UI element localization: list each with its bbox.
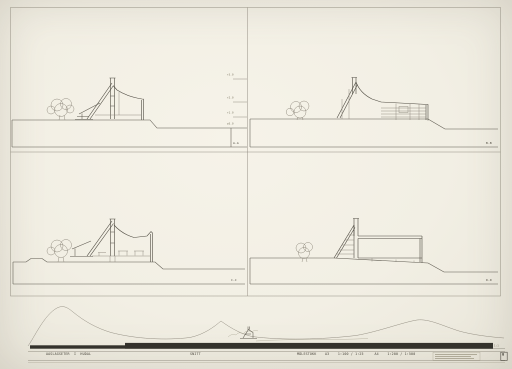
section-c-label: C-C (231, 279, 237, 282)
ground-bar-right (125, 343, 493, 349)
section-a-label: A-A (233, 142, 239, 145)
house-section (334, 219, 422, 263)
titleblock-fineprint-line (435, 356, 471, 357)
ground-line (250, 258, 498, 284)
drawing-title: SNITT (190, 353, 201, 356)
house-section (70, 219, 153, 262)
project-title: AASLAGSETER I HUDAL (46, 353, 91, 356)
drawing-sheet: +3.0 +2.0 +1.0 ±0.0 A-A B-B C-C D-D 1:1 … (0, 0, 512, 369)
level-tick-marks (233, 79, 247, 117)
drawing-lineart (0, 0, 512, 369)
section-d-drawing (250, 219, 498, 285)
tree-icon (286, 101, 309, 120)
panel-grid-frame (11, 8, 501, 297)
chimney (110, 78, 116, 119)
interior-furniture (98, 251, 144, 256)
section-a-drawing (12, 78, 247, 147)
scale-text: MÅLESTOKK A3 1:100 / 1:25 A4 1:200 / 1:5… (297, 353, 415, 356)
section-b-drawing (250, 78, 498, 148)
site-elevation-drawing (28, 307, 505, 349)
sheet-number: 8 (502, 353, 504, 357)
level-label: ±0.0 (227, 123, 234, 126)
section-c-drawing (13, 219, 245, 284)
level-label: +1.0 (227, 112, 234, 115)
house-section (75, 78, 144, 120)
house-section (337, 78, 428, 121)
tree-icon (47, 99, 74, 121)
ground-line (13, 259, 245, 285)
chimney (353, 219, 359, 237)
site-scale-note: 1:1 (494, 345, 499, 348)
section-b-label: B-B (486, 142, 492, 145)
section-d-label: D-D (486, 279, 492, 282)
ground-line (250, 119, 498, 147)
titleblock-fineprint-line (435, 354, 477, 355)
tree-icon (47, 240, 72, 263)
mountain-silhouette (28, 307, 504, 346)
stair-hatch (337, 235, 354, 254)
ground-line (12, 120, 247, 147)
titleblock-fineprint-line (435, 358, 474, 359)
tree-icon (296, 243, 313, 263)
ground-bar-left (30, 345, 125, 348)
level-label: +3.0 (227, 74, 234, 77)
level-label: +2.0 (227, 97, 234, 100)
